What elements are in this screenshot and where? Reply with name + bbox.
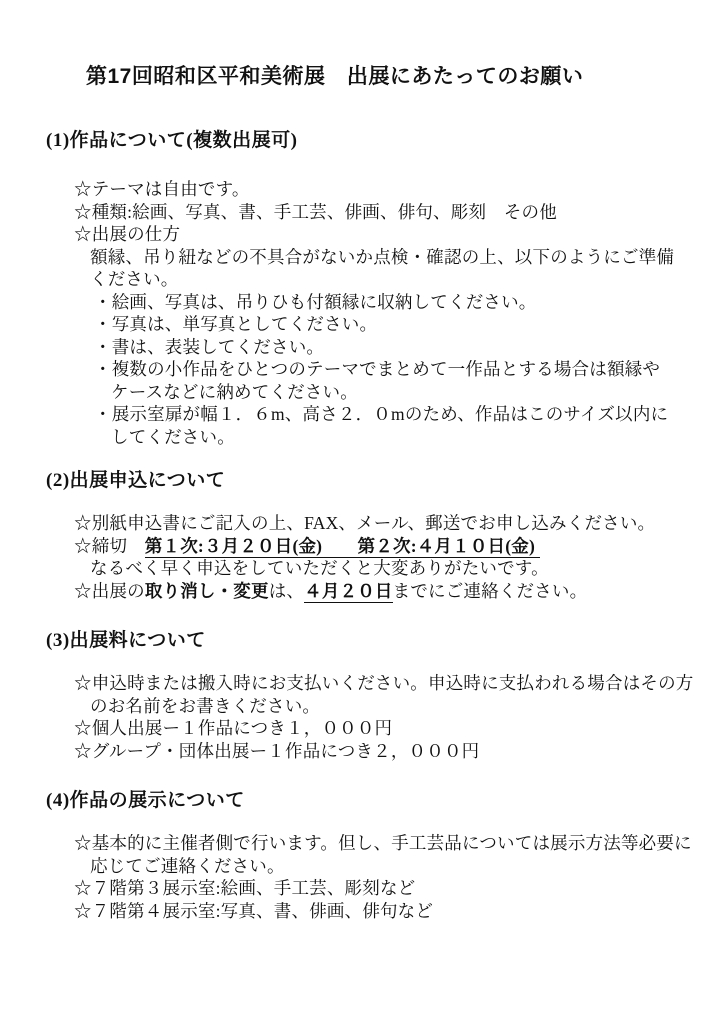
section-artworks: (1)作品について(複数出展可) ☆テーマは自由です。 ☆種類:絵画、写真、書、… bbox=[0, 128, 724, 448]
section-display: (4)作品の展示について ☆基本的に主催者側で行います。但し、手工芸品については… bbox=[0, 788, 724, 922]
cancel-mid: は、 bbox=[269, 581, 304, 601]
section-4-heading: (4)作品の展示について bbox=[46, 788, 724, 813]
deadline-prefix: ☆締切 bbox=[74, 536, 145, 556]
bullet-item: ・書は、表装してください。 bbox=[0, 336, 724, 359]
star-item: ☆テーマは自由です。 bbox=[0, 178, 724, 201]
continuation-line: 応じてご連絡ください。 bbox=[0, 855, 724, 878]
star-item: ☆７階第３展示室:絵画、手工芸、彫刻など bbox=[0, 877, 724, 900]
section-3-heading: (3)出展料について bbox=[46, 628, 724, 653]
star-item: ☆グループ・団体出展ー１作品につき２，０００円 bbox=[0, 740, 724, 763]
cancel-bold-text: 取り消し・変更 bbox=[145, 581, 269, 601]
page-title: 第17回昭和区平和美術展 出展にあたってのお願い bbox=[86, 62, 724, 92]
star-item: ☆種類:絵画、写真、書、手工芸、俳画、俳句、彫刻 その他 bbox=[0, 201, 724, 224]
cancel-date: ４月２０日 bbox=[304, 581, 393, 603]
section-fees: (3)出展料について ☆申込時または搬入時にお支払いください。申込時に支払われる… bbox=[0, 628, 724, 762]
deadline-line: ☆締切 第１次:３月２０日(金) 第２次:４月１０日(金) bbox=[0, 535, 724, 558]
bullet-continuation: してください。 bbox=[0, 426, 724, 449]
continuation-line: なるべく早く申込をしていただくと大変ありがたいです。 bbox=[0, 557, 724, 580]
section-1-heading: (1)作品について(複数出展可) bbox=[46, 128, 724, 153]
cancel-pre: ☆出展の bbox=[74, 581, 145, 601]
bullet-item: ・写真は、単写真としてください。 bbox=[0, 313, 724, 336]
cancel-post: までにご連絡ください。 bbox=[393, 581, 588, 601]
document-page: 第17回昭和区平和美術展 出展にあたってのお願い (1)作品について(複数出展可… bbox=[0, 0, 724, 1024]
bullet-item: ・複数の小作品をひとつのテーマでまとめて一作品とする場合は額縁や bbox=[0, 358, 724, 381]
continuation-line: のお名前をお書きください。 bbox=[0, 695, 724, 718]
section-2-heading: (2)出展申込について bbox=[46, 468, 724, 493]
star-item: ☆別紙申込書にご記入の上、FAX、メール、郵送でお申し込みください。 bbox=[0, 512, 724, 535]
deadline-dates: 第１次:３月２０日(金) 第２次:４月１０日(金) bbox=[145, 536, 540, 558]
bullet-item: ・絵画、写真は、吊りひも付額縁に収納してください。 bbox=[0, 291, 724, 314]
bullet-item: ・展示室扉が幅１．６m、高さ２．０mのため、作品はこのサイズ以内に bbox=[0, 403, 724, 426]
star-item: ☆申込時または搬入時にお支払いください。申込時に支払われる場合はその方 bbox=[0, 672, 724, 695]
cancel-line: ☆出展の取り消し・変更は、４月２０日までにご連絡ください。 bbox=[0, 580, 724, 603]
continuation-line: ください。 bbox=[0, 268, 724, 291]
star-item: ☆出展の仕方 bbox=[0, 223, 724, 246]
star-item: ☆個人出展ー１作品につき１，０００円 bbox=[0, 717, 724, 740]
bullet-continuation: ケースなどに納めてください。 bbox=[0, 381, 724, 404]
section-application: (2)出展申込について ☆別紙申込書にご記入の上、FAX、メール、郵送でお申し込… bbox=[0, 468, 724, 602]
continuation-line: 額縁、吊り紐などの不具合がないか点検・確認の上、以下のようにご準備 bbox=[0, 246, 724, 269]
star-item: ☆基本的に主催者側で行います。但し、手工芸品については展示方法等必要に bbox=[0, 832, 724, 855]
star-item: ☆７階第４展示室:写真、書、俳画、俳句など bbox=[0, 900, 724, 923]
